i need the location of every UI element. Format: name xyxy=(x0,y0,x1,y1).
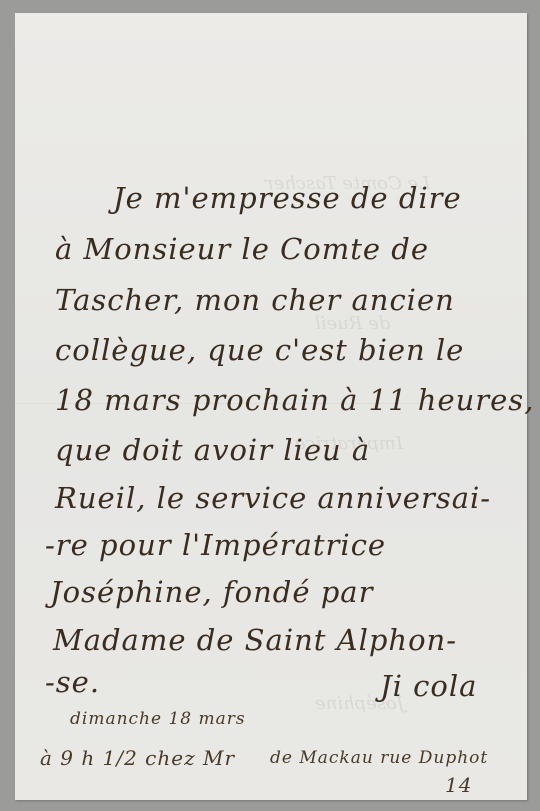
footer-date: dimanche 18 mars xyxy=(70,709,246,729)
letter-line: Je m'empresse de dire xyxy=(113,181,462,215)
letter-page: Le Comte Tascher de Rueil Impératrice Jo… xyxy=(15,13,527,800)
letter-line: 18 mars prochain à 11 heures, xyxy=(55,383,534,417)
footer-address: de Mackau rue Duphot xyxy=(270,748,488,768)
letter-line: Rueil, le service anniversai- xyxy=(55,481,491,515)
letter-line: -se. xyxy=(45,665,100,699)
letter-line: Madame de Saint Alphon- xyxy=(53,623,457,657)
letter-line: Tascher, mon cher ancien xyxy=(55,283,455,317)
letter-closing: Ji cola xyxy=(380,669,477,703)
letter-line: collègue, que c'est bien le xyxy=(55,333,464,367)
footer-number: 14 xyxy=(445,773,472,797)
letter-line: Joséphine, fondé par xyxy=(50,575,373,609)
letter-line: -re pour l'Impératrice xyxy=(45,528,386,562)
footer-time: à 9 h 1/2 chez Mr xyxy=(40,746,235,770)
letter-line: à Monsieur le Comte de xyxy=(55,232,429,266)
letter-line: que doit avoir lieu à xyxy=(55,433,370,467)
